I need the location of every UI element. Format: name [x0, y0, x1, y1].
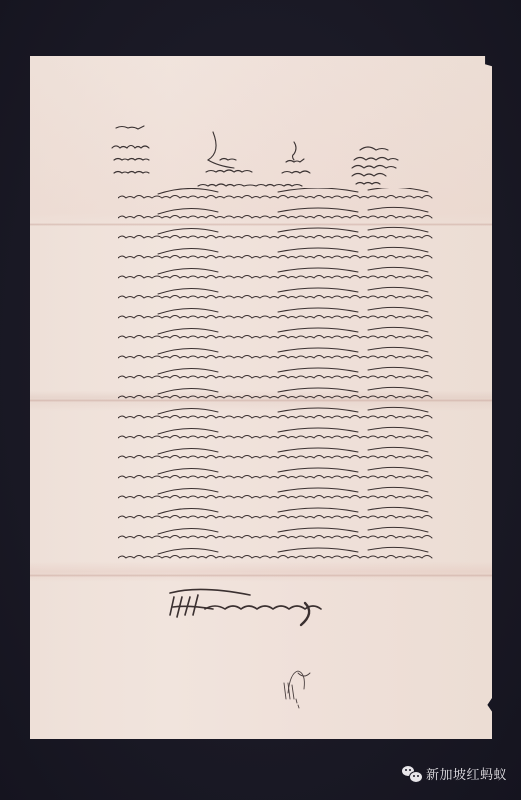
manuscript-body-text	[118, 188, 490, 568]
watermark-text: 新加坡红蚂蚁	[426, 764, 507, 783]
seal-mark	[280, 663, 315, 713]
header-annotations	[108, 120, 428, 195]
signature	[165, 585, 340, 630]
watermark: 新加坡红蚂蚁	[402, 764, 507, 783]
fold-line	[30, 574, 492, 577]
wechat-icon	[402, 766, 422, 782]
